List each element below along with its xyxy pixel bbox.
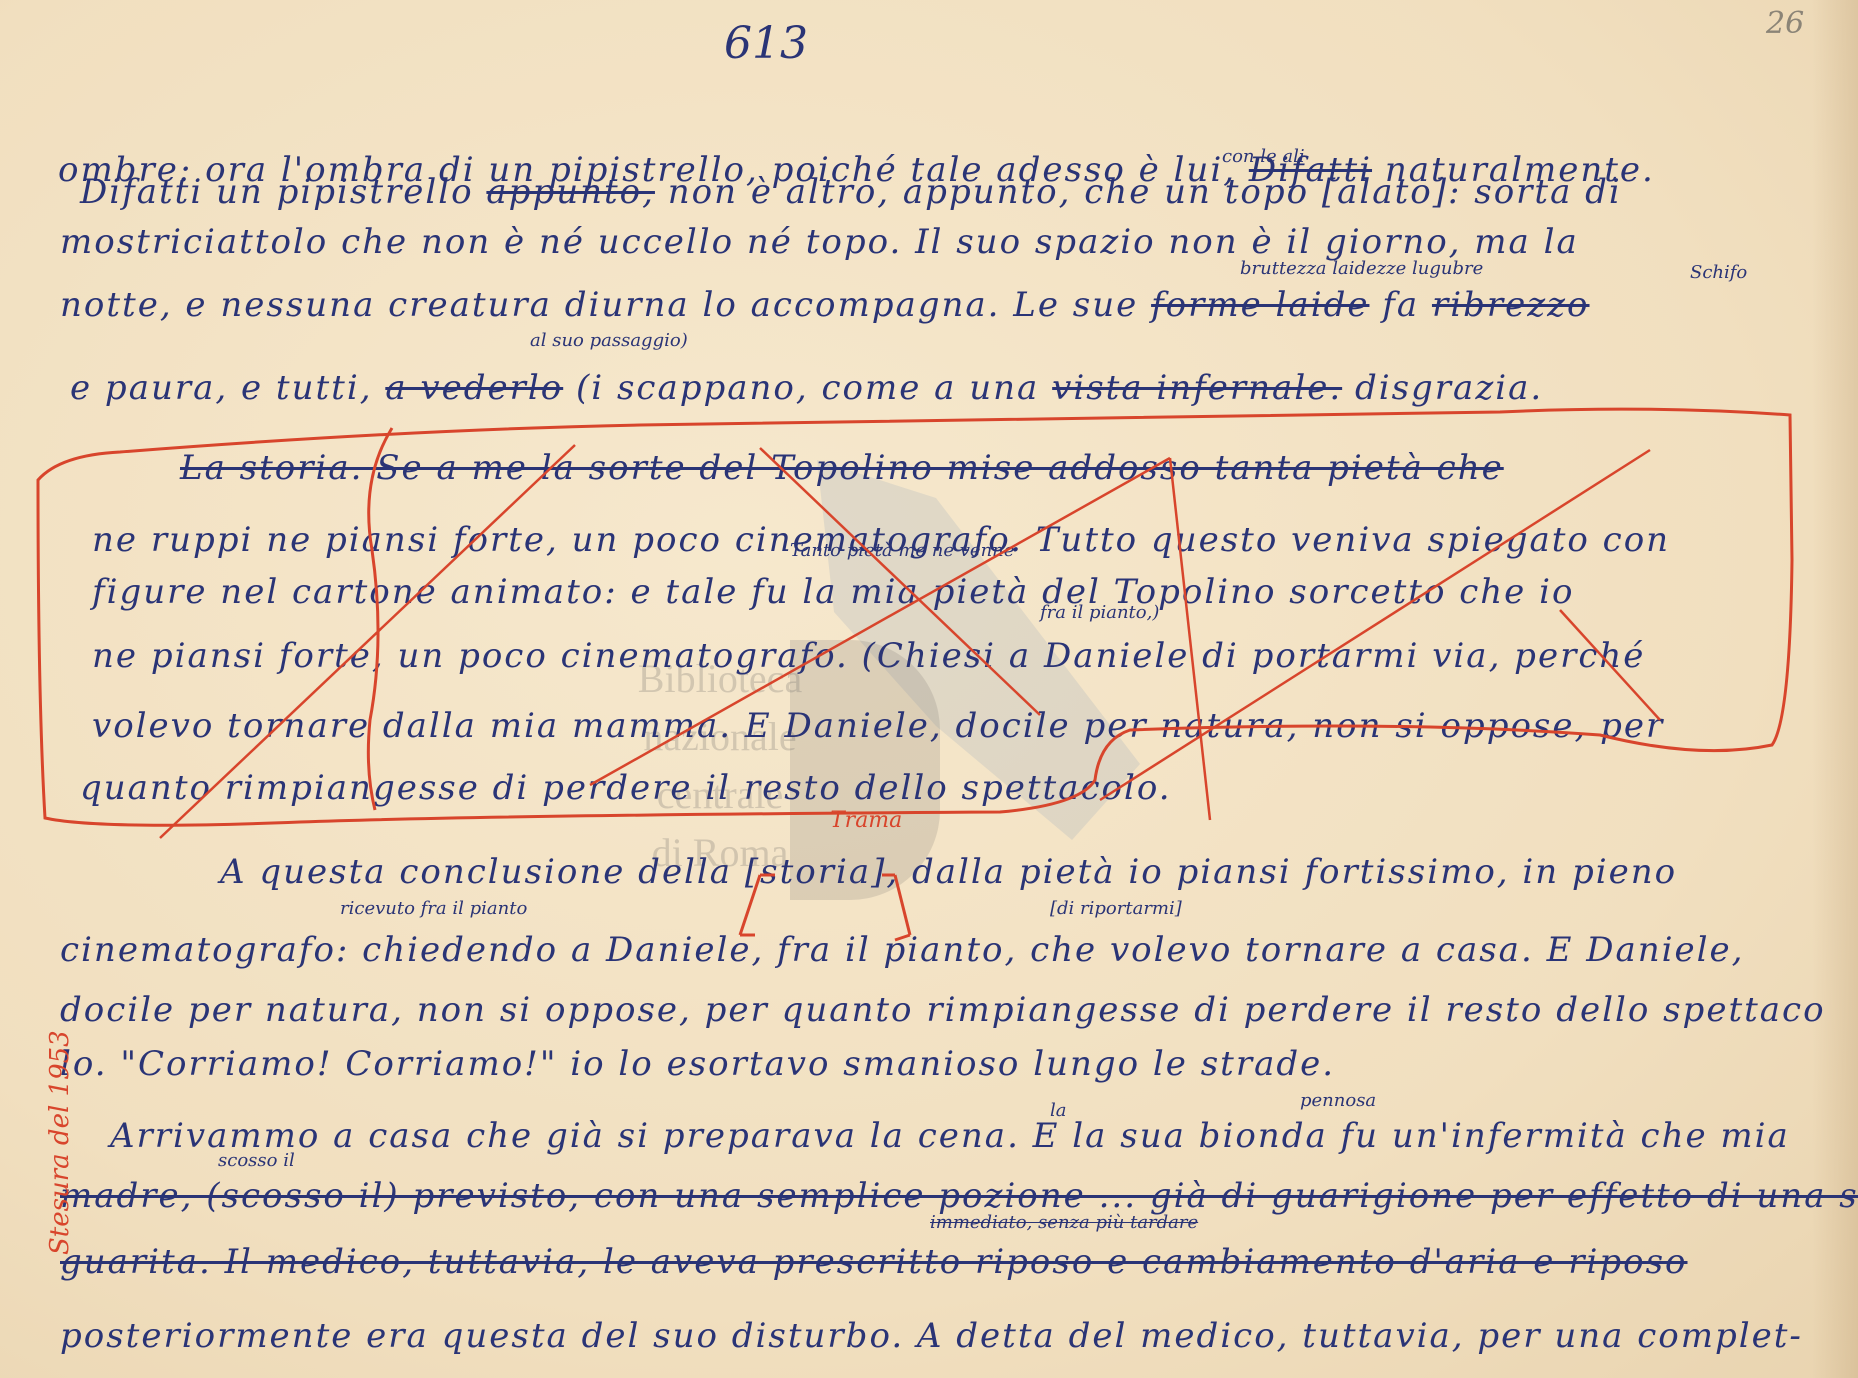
red-divider-line <box>368 428 392 810</box>
red-bracket-left <box>740 875 775 935</box>
red-x-stroke-3 <box>590 458 1170 785</box>
red-x-stroke-6 <box>1560 610 1660 720</box>
red-box <box>38 409 1792 825</box>
manuscript-page: Biblioteca nazionale centrale di Roma 61… <box>0 0 1858 1378</box>
red-cancellation-marks <box>0 0 1858 1378</box>
red-x-stroke-2 <box>760 448 1040 715</box>
red-x-stroke-4 <box>1170 458 1210 820</box>
red-bracket-right <box>882 875 910 940</box>
red-x-stroke-5 <box>1100 450 1650 800</box>
